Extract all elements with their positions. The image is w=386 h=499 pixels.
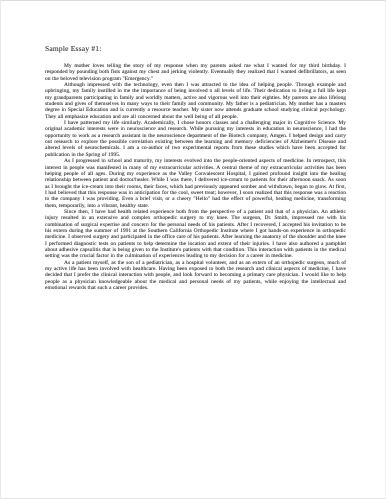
essay-body: My mother loves telling the story of my …: [45, 63, 346, 291]
essay-paragraph-5: Since then, I have had health related ex…: [45, 209, 346, 260]
essay-paragraph-2: Although impressed with the technology, …: [45, 82, 346, 120]
essay-title: Sample Essay #1:: [45, 45, 346, 53]
essay-paragraph-3: I have patterned my life similarly. Acad…: [45, 120, 346, 158]
essay-paragraph-6: As a patient myself, as the son of a ped…: [45, 260, 346, 292]
essay-paragraph-1: My mother loves telling the story of my …: [45, 63, 346, 82]
essay-content: Sample Essay #1: My mother loves telling…: [45, 45, 346, 291]
document-page: Sample Essay #1: My mother loves telling…: [0, 0, 386, 499]
essay-paragraph-4: As I progressed in school and maturity, …: [45, 158, 346, 209]
